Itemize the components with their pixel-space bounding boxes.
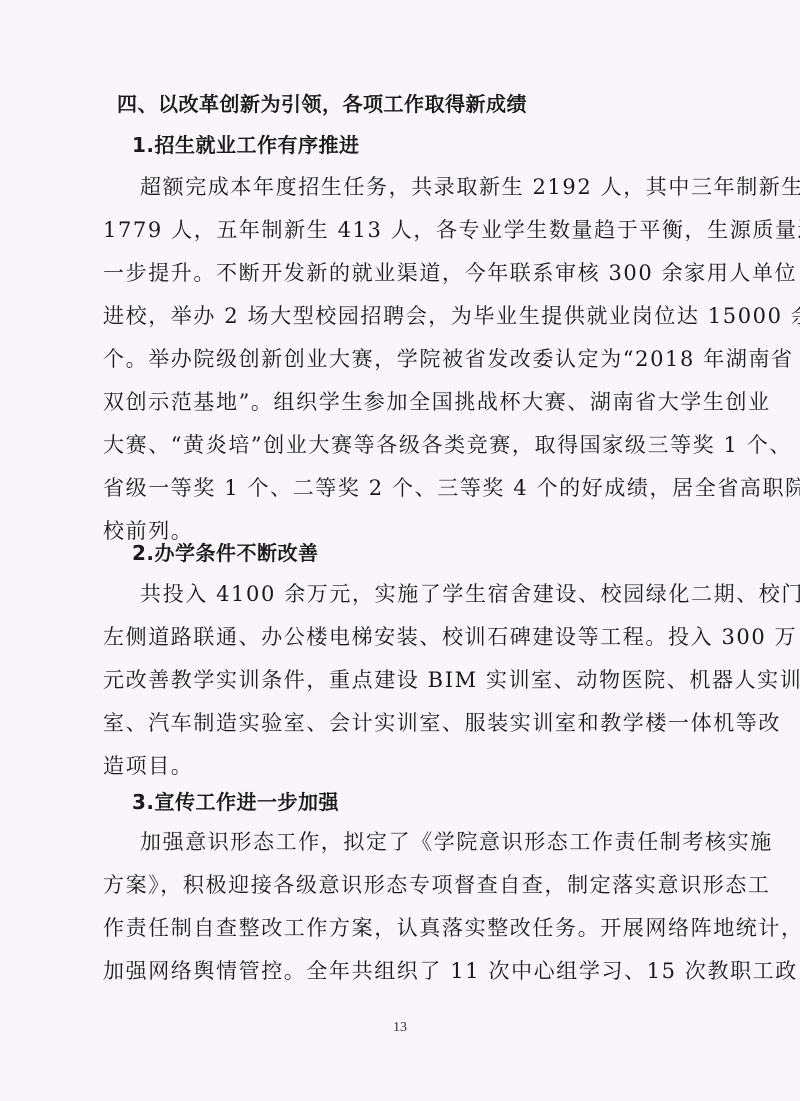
paragraph-line: 双创示范基地”。组织学生参加全国挑战杯大赛、湖南省大学生创业 bbox=[103, 390, 771, 414]
subsection-title-1: 1.招生就业工作有序推进 bbox=[132, 133, 360, 157]
subsection-title-2: 2.办学条件不断改善 bbox=[132, 541, 319, 565]
paragraph-line: 加强网络舆情管控。全年共组织了 11 次中心组学习、15 次教职工政 bbox=[103, 959, 798, 983]
paragraph-line: 共投入 4100 余万元，实施了学生宿舍建设、校园绿化二期、校门 bbox=[140, 582, 800, 606]
paragraph-line: 一步提升。不断开发新的就业渠道，今年联系审核 300 余家用人单位 bbox=[103, 261, 797, 285]
paragraph-line: 左侧道路联通、办公楼电梯安装、校训石碑建设等工程。投入 300 万 bbox=[103, 625, 797, 649]
paragraph-line: 进校，举办 2 场大型校园招聘会，为毕业生提供就业岗位达 15000 余 bbox=[103, 304, 800, 328]
paragraph-line: 个。举办院级创新创业大赛，学院被省发改委认定为“2018 年湖南省 bbox=[103, 347, 794, 371]
paragraph-line: 造项目。 bbox=[103, 754, 193, 778]
paragraph-line: 1779 人，五年制新生 413 人，各专业学生数量趋于平衡，生源质量进 bbox=[103, 218, 800, 242]
paragraph-line: 校前列。 bbox=[103, 519, 193, 543]
section-title: 四、以改革创新为引领，各项工作取得新成绩 bbox=[117, 92, 527, 116]
paragraph-line: 元改善教学实训条件，重点建设 BIM 实训室、动物医院、机器人实训 bbox=[103, 668, 800, 692]
paragraph-line: 作责任制自查整改工作方案，认真落实整改任务。开展网络阵地统计， bbox=[103, 916, 800, 940]
page-number: 13 bbox=[0, 1020, 800, 1036]
document-page: 四、以改革创新为引领，各项工作取得新成绩 1.招生就业工作有序推进 超额完成本年… bbox=[0, 0, 800, 1101]
paragraph-line: 省级一等奖 1 个、二等奖 2 个、三等奖 4 个的好成绩，居全省高职院 bbox=[103, 476, 800, 500]
paragraph-line: 加强意识形态工作，拟定了《学院意识形态工作责任制考核实施 bbox=[140, 830, 773, 854]
subsection-title-3: 3.宣传工作进一步加强 bbox=[132, 790, 339, 814]
paragraph-line: 室、汽车制造实验室、会计实训室、服装实训室和教学楼一体机等改 bbox=[103, 711, 781, 735]
paragraph-line: 方案》，积极迎接各级意识形态专项督查自查，制定落实意识形态工 bbox=[103, 873, 771, 897]
paragraph-line: 超额完成本年度招生任务，共录取新生 2192 人，其中三年制新生 bbox=[140, 175, 800, 199]
paragraph-line: 大赛、“黄炎培”创业大赛等各级各类竞赛，取得国家级三等奖 1 个、 bbox=[103, 433, 792, 457]
